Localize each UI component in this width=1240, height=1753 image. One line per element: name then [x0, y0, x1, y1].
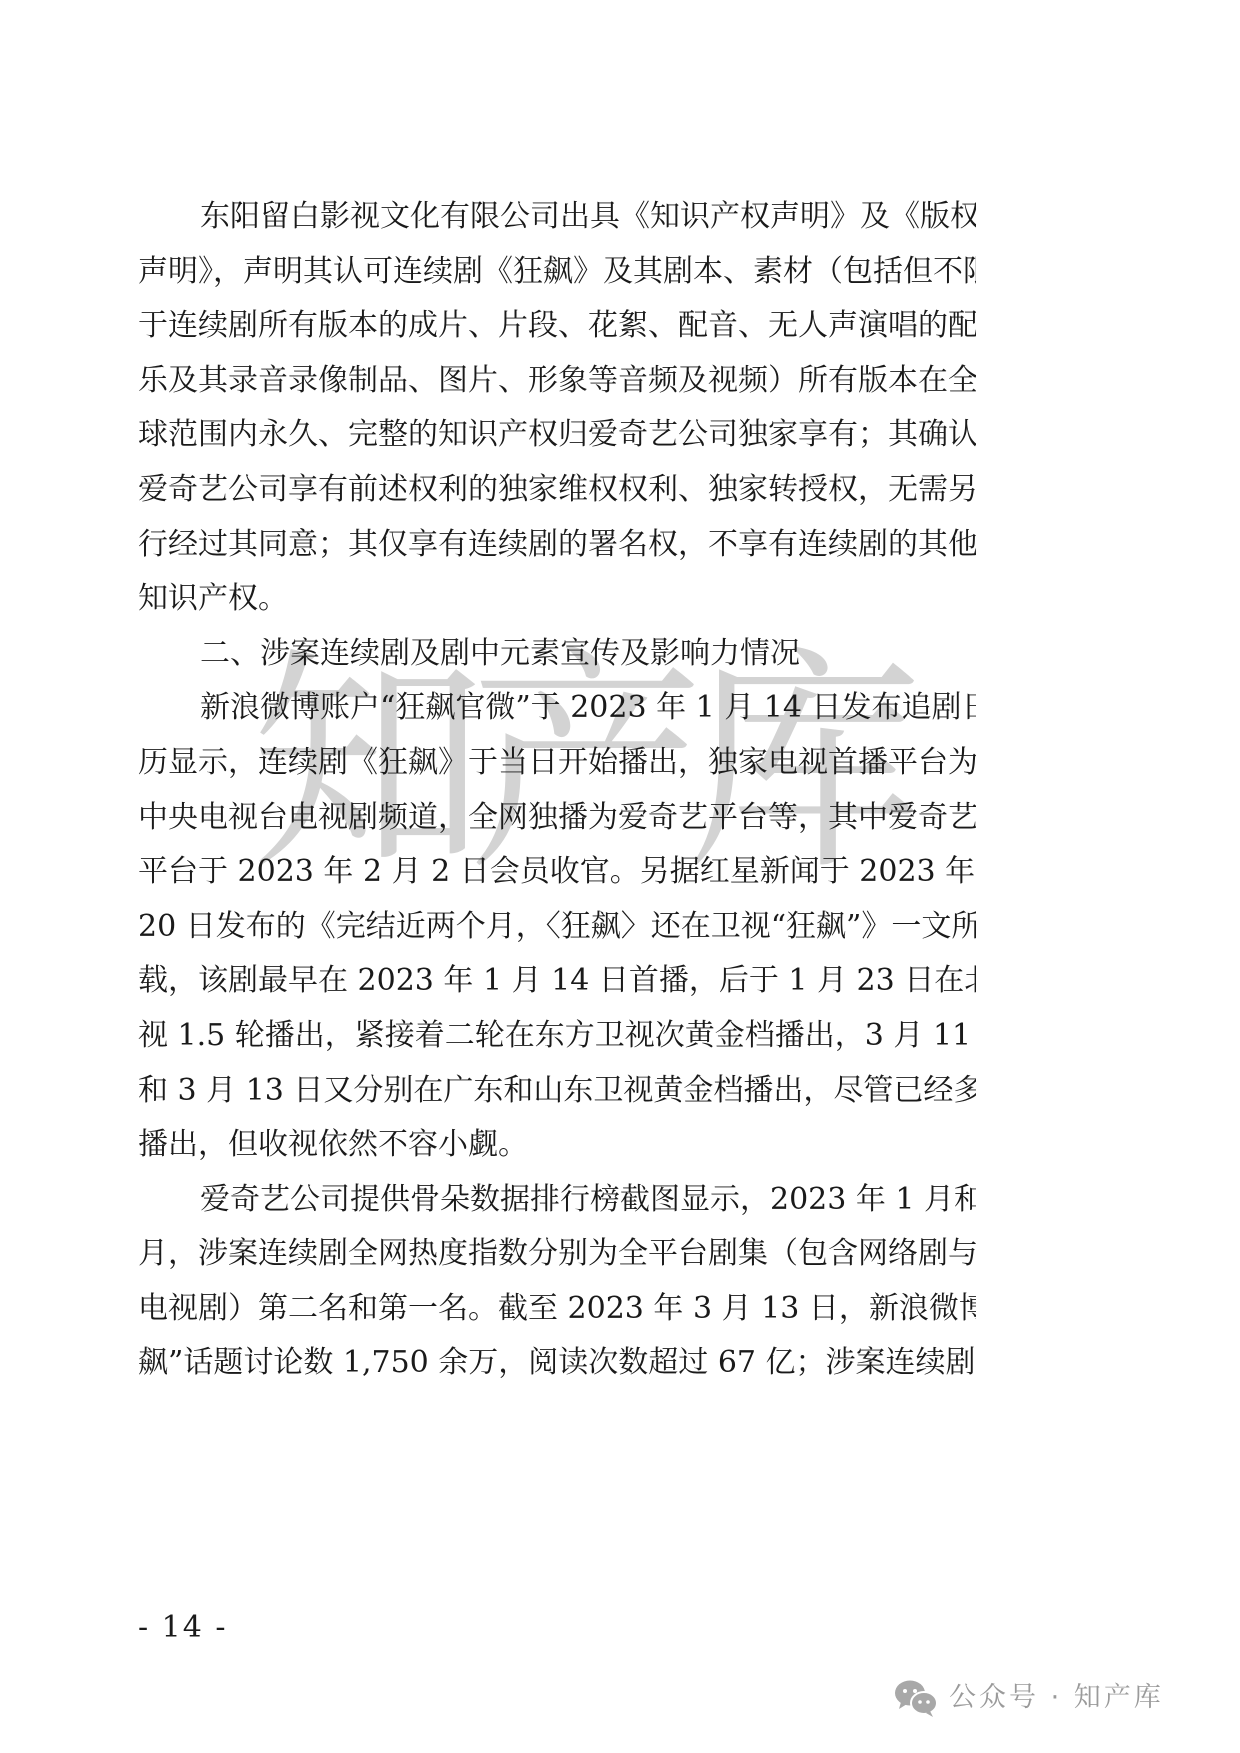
- footer-brand: 公众号 · 知产库: [893, 1678, 1164, 1718]
- text-line: 爱奇艺公司享有前述权利的独家维权权利、独家转授权，无需另: [138, 463, 976, 518]
- text-line: 平台于 2023 年 2 月 2 日会员收官。另据红星新闻于 2023 年 3 …: [138, 845, 976, 900]
- document-body: 东阳留白影视文化有限公司出具《知识产权声明》及《版权 声明》，声明其认可连续剧《…: [138, 190, 976, 1391]
- wechat-icon: [893, 1678, 939, 1718]
- text-line: 知识产权。: [138, 572, 976, 627]
- heading-text: 二、涉案连续剧及剧中元素宣传及影响力情况: [138, 627, 976, 682]
- paragraph-ip-statement: 东阳留白影视文化有限公司出具《知识产权声明》及《版权 声明》，声明其认可连续剧《…: [138, 190, 976, 627]
- text-line: 于连续剧所有版本的成片、片段、花絮、配音、无人声演唱的配: [138, 299, 976, 354]
- section-heading: 二、涉案连续剧及剧中元素宣传及影响力情况: [138, 627, 976, 682]
- paragraph-popularity-data: 爱奇艺公司提供骨朵数据排行榜截图显示，2023 年 1 月和 2 月，涉案连续剧…: [138, 1173, 976, 1391]
- text-line: 电视剧）第二名和第一名。截至 2023 年 3 月 13 日，新浪微博“狂: [138, 1282, 976, 1337]
- text-line: 视 1.5 轮播出，紧接着二轮在东方卫视次黄金档播出，3 月 11 日: [138, 1009, 976, 1064]
- text-line: 播出，但收视依然不容小觑。: [138, 1118, 976, 1173]
- text-line: 中央电视台电视剧频道，全网独播为爱奇艺平台等，其中爱奇艺: [138, 791, 976, 846]
- text-line: 东阳留白影视文化有限公司出具《知识产权声明》及《版权: [138, 190, 976, 245]
- text-line: 月，涉案连续剧全网热度指数分别为全平台剧集（包含网络剧与: [138, 1227, 976, 1282]
- text-line: 历显示，连续剧《狂飙》于当日开始播出，独家电视首播平台为: [138, 736, 976, 791]
- text-line: 声明》，声明其认可连续剧《狂飙》及其剧本、素材（包括但不限: [138, 245, 976, 300]
- text-line: 飙”话题讨论数 1,750 余万，阅读次数超过 67 亿；涉案连续剧豆: [138, 1336, 976, 1391]
- text-line: 载，该剧最早在 2023 年 1 月 14 日首播，后于 1 月 23 日在北京…: [138, 954, 976, 1009]
- text-line: 行经过其同意；其仅享有连续剧的署名权，不享有连续剧的其他: [138, 518, 976, 573]
- text-line: 20 日发布的《完结近两个月，〈狂飙〉还在卫视“狂飙”》一文所: [138, 900, 976, 955]
- text-line: 新浪微博账户“狂飙官微”于 2023 年 1 月 14 日发布追剧日: [138, 681, 976, 736]
- paragraph-broadcast-info: 新浪微博账户“狂飙官微”于 2023 年 1 月 14 日发布追剧日 历显示，连…: [138, 681, 976, 1172]
- text-line: 球范围内永久、完整的知识产权归爱奇艺公司独家享有；其确认: [138, 408, 976, 463]
- footer-brand-label: 公众号 · 知产库: [949, 1678, 1164, 1718]
- text-line: 爱奇艺公司提供骨朵数据排行榜截图显示，2023 年 1 月和 2: [138, 1173, 976, 1228]
- text-line: 和 3 月 13 日又分别在广东和山东卫视黄金档播出，尽管已经多轮: [138, 1064, 976, 1119]
- text-line: 乐及其录音录像制品、图片、形象等音频及视频）所有版本在全: [138, 354, 976, 409]
- page-number: - 14 -: [138, 1608, 228, 1648]
